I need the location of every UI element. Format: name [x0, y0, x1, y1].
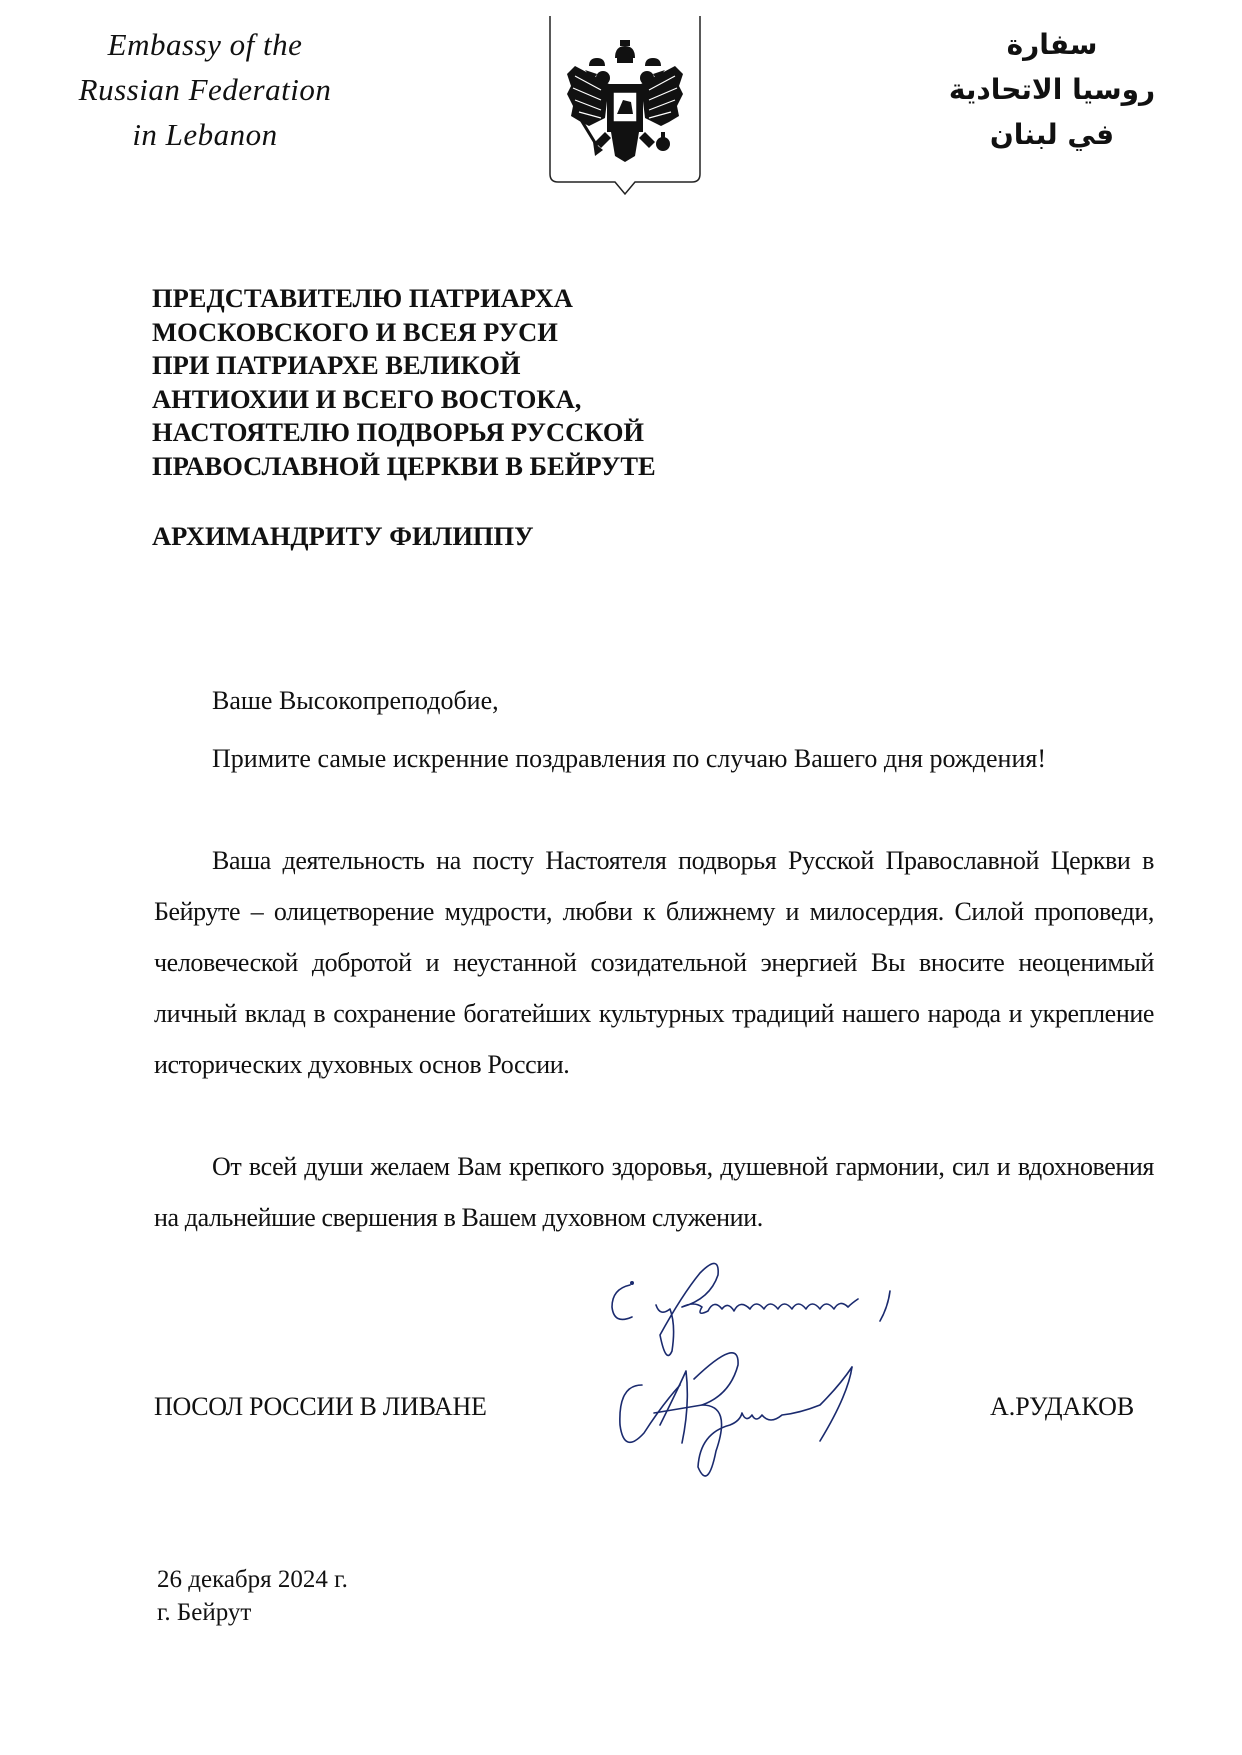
addressee-line: ПРЕДСТАВИТЕЛЮ ПАТРИАРХА	[152, 282, 656, 316]
addressee-line: МОСКОВСКОГО И ВСЕЯ РУСИ	[152, 316, 656, 350]
letter-place: г. Бейрут	[157, 1596, 348, 1629]
handwritten-signature	[590, 1255, 1040, 1495]
recipient-name: АРХИМАНДРИТУ ФИЛИППУ	[152, 520, 534, 553]
letterhead-arabic-line: سفارة	[922, 22, 1182, 67]
body-paragraph: Ваша деятельность на посту Настоятеля по…	[154, 835, 1154, 1090]
addressee-line: АНТИОХИИ И ВСЕГО ВОСТОКА,	[152, 383, 656, 417]
letterhead-arabic-line: روسيا الاتحادية	[922, 67, 1182, 112]
letterhead-english-line: in Lebanon	[40, 112, 370, 157]
letterhead-english-line: Russian Federation	[40, 67, 370, 112]
date-place-block: 26 декабря 2024 г. г. Бейрут	[157, 1563, 348, 1629]
letterhead-arabic-line: في لبنان	[922, 112, 1182, 157]
addressee-block: ПРЕДСТАВИТЕЛЮ ПАТРИАРХА МОСКОВСКОГО И ВС…	[152, 282, 656, 483]
signatory-title: ПОСОЛ РОССИИ В ЛИВАНЕ	[154, 1392, 487, 1422]
letterhead-english-line: Embassy of the	[40, 22, 370, 67]
russian-coat-of-arms-icon	[545, 14, 705, 196]
signatory-name: А.РУДАКОВ	[990, 1392, 1134, 1422]
body-paragraph: От всей души желаем Вам крепкого здоровь…	[154, 1141, 1154, 1243]
body-paragraph: Примите самые искренние поздравления по …	[154, 733, 1154, 784]
letter-page: Embassy of the Russian Federation in Leb…	[0, 0, 1242, 1755]
salutation: Ваше Высокопреподобие,	[154, 686, 1154, 716]
letterhead-english: Embassy of the Russian Federation in Leb…	[40, 22, 370, 157]
letterhead-arabic: سفارة روسيا الاتحادية في لبنان	[922, 22, 1182, 157]
letter-date: 26 декабря 2024 г.	[157, 1563, 348, 1596]
addressee-line: ПРИ ПАТРИАРХЕ ВЕЛИКОЙ	[152, 349, 656, 383]
addressee-line: НАСТОЯТЕЛЮ ПОДВОРЬЯ РУССКОЙ	[152, 416, 656, 450]
addressee-line: ПРАВОСЛАВНОЙ ЦЕРКВИ В БЕЙРУТЕ	[152, 450, 656, 484]
